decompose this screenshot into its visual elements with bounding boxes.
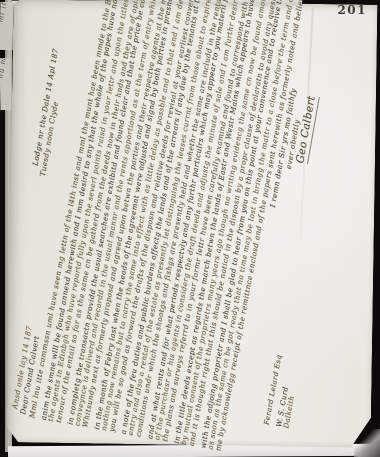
facing-page-scrap: nu mle itt mnl ue lm nlt me (0, 58, 11, 110)
bottom-right-corner-shadow (354, 429, 380, 457)
scanned-letter-page: ml itte nml uie lm mnl te uml nu mle itt… (0, 0, 380, 457)
facing-page-scrawl: ml itte nml uie lm mnl te uml (0, 9, 7, 23)
facing-page-scrawl: nu mle itt mnl ue lm nlt me (0, 67, 6, 79)
facing-page-scrap: ml itte nml uie lm mnl te uml (0, 2, 13, 50)
printed-page-number: 201 (337, 3, 367, 17)
